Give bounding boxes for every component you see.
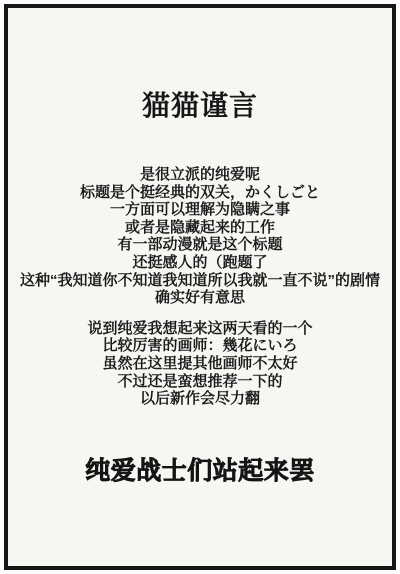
page-title: 猫猫谨言 xyxy=(8,84,392,124)
note-line: 是很立派的纯爱呢 xyxy=(8,166,392,184)
note-line: 说到纯爱我想起来这两天看的一个 xyxy=(8,320,392,338)
note-line: 以后新作会尽力翻 xyxy=(8,390,392,408)
note-line: 标题是个挺经典的双关，かくしごと xyxy=(8,184,392,202)
note-line: 有一部动漫就是这个标题 xyxy=(8,236,392,254)
note-line: 不过还是蛮想推荐一下的 xyxy=(8,373,392,391)
note-line: 虽然在这里提其他画师不太好 xyxy=(8,355,392,373)
note-line: 比较厉害的画师：幾花にいろ xyxy=(8,337,392,355)
translator-note-page: 猫猫谨言 是很立派的纯爱呢 标题是个挺经典的双关，かくしごと 一方面可以理解为隐… xyxy=(0,0,400,574)
paragraph-1: 是很立派的纯爱呢 标题是个挺经典的双关，かくしごと 一方面可以理解为隐瞒之事 或… xyxy=(8,166,392,307)
note-line: 确实好有意思 xyxy=(8,289,392,307)
note-line: 一方面可以理解为隐瞒之事 xyxy=(8,201,392,219)
note-line: 这种“我知道你不知道我知道所以我就一直不说”的剧情 xyxy=(8,272,392,290)
note-line: 或者是隐藏起来的工作 xyxy=(8,219,392,237)
slogan-text: 纯爱战士们站起来罢 xyxy=(8,451,392,487)
paragraph-2: 说到纯爱我想起来这两天看的一个 比较厉害的画师：幾花にいろ 虽然在这里提其他画师… xyxy=(8,320,392,408)
note-line: 还挺感人的（跑题了 xyxy=(8,254,392,272)
note-frame: 猫猫谨言 是很立派的纯爱呢 标题是个挺经典的双关，かくしごと 一方面可以理解为隐… xyxy=(4,4,396,570)
note-body: 是很立派的纯爱呢 标题是个挺经典的双关，かくしごと 一方面可以理解为隐瞒之事 或… xyxy=(8,166,392,408)
